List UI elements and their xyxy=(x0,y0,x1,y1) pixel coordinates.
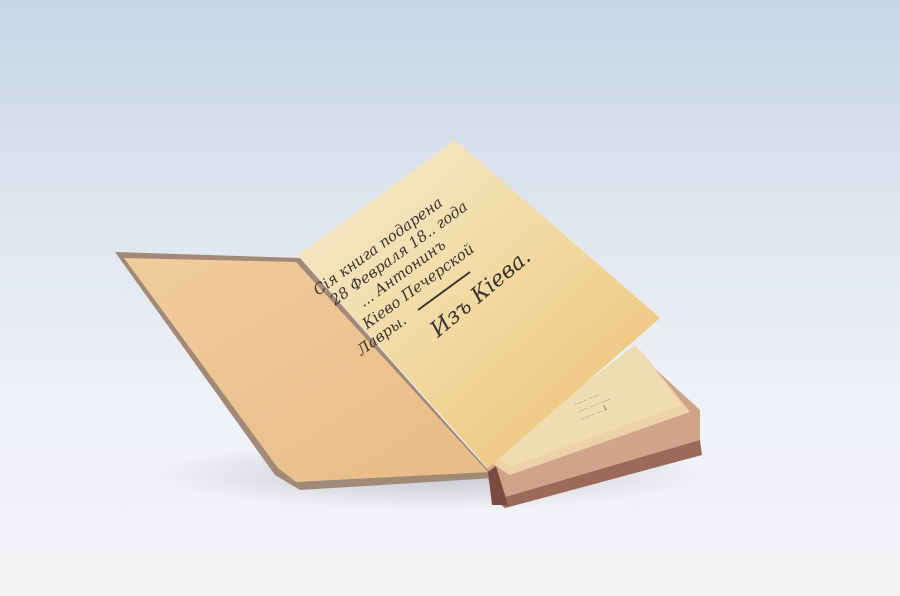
book-illustration: Сія книга подарена 28 Февраля 18.. года … xyxy=(0,0,900,596)
photo-scene: Сія книга подарена 28 Февраля 18.. года … xyxy=(0,0,900,596)
